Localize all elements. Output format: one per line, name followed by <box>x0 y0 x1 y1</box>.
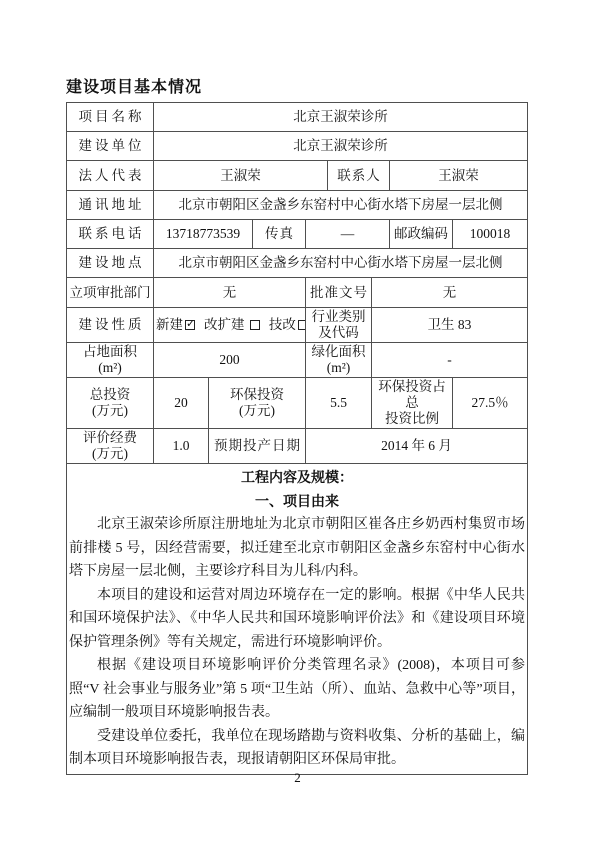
zip-label: 邮政编码 <box>390 220 453 249</box>
option-expand-label: 改扩建 <box>204 317 245 332</box>
checkmark-icon: ✓ <box>186 316 195 332</box>
phone-label: 联系电话 <box>67 220 154 249</box>
legal-rep-label: 法人代表 <box>67 161 154 191</box>
industry-label: 行业类别 及代码 <box>306 308 372 343</box>
row-project-content: 工程内容及规模： 一、项目由来 北京王淑荣诊所原注册地址为北京市朝阳区崔各庄乡奶… <box>67 464 528 775</box>
page-number: 2 <box>0 770 595 786</box>
row-evaluation: 评价经费 (万元) 1.0 预期投产日期 2014 年 6 月 <box>67 429 528 464</box>
section-title: 工程内容及规模： <box>69 466 525 490</box>
green-area-label: 绿化面积 (m²) <box>306 343 372 378</box>
env-investment-label: 环保投资 (万元) <box>209 378 306 429</box>
env-investment-value: 5.5 <box>306 378 372 429</box>
option-tech-label: 技改 <box>269 317 296 332</box>
row-investment: 总投资 (万元) 20 环保投资 (万元) 5.5 环保投资占总 投资比例 27… <box>67 378 528 429</box>
env-ratio-label: 环保投资占总 投资比例 <box>372 378 453 429</box>
doc-no-label: 批准文号 <box>306 278 372 308</box>
page-title: 建设项目基本情况 <box>66 74 202 97</box>
option-new-label: 新建 <box>156 317 183 332</box>
land-area-value: 200 <box>154 343 306 378</box>
row-nature: 建设性质 新建✓改扩建 技改 行业类别 及代码 卫生 83 <box>67 308 528 343</box>
nature-label: 建设性质 <box>67 308 154 343</box>
project-name-label: 项目名称 <box>67 103 154 132</box>
row-mail-address: 通讯地址 北京市朝阳区金盏乡东窑村中心街水塔下房屋一层北侧 <box>67 191 528 220</box>
mail-address-value: 北京市朝阳区金盏乡东窑村中心街水塔下房屋一层北侧 <box>154 191 528 220</box>
row-site: 建设地点 北京市朝阳区金盏乡东窑村中心街水塔下房屋一层北侧 <box>67 249 528 278</box>
fax-label: 传真 <box>253 220 306 249</box>
doc-no-value: 无 <box>372 278 528 308</box>
row-approval-dept: 立项审批部门 无 批准文号 无 <box>67 278 528 308</box>
paragraph-origin: 北京王淑荣诊所原注册地址为北京市朝阳区崔各庄乡奶西村集贸市场前排楼 5 号，因经… <box>69 513 525 584</box>
contact-person-label: 联系人 <box>328 161 390 191</box>
paragraph-commission: 受建设单位委托，我单位在现场踏勘与资料收集、分析的基础上，编制本项目环境影响报告… <box>69 725 525 772</box>
fax-value: — <box>306 220 390 249</box>
site-value: 北京市朝阳区金盏乡东窑村中心街水塔下房屋一层北侧 <box>154 249 528 278</box>
production-date-value: 2014 年 6 月 <box>306 429 528 464</box>
construction-unit-value: 北京王淑荣诊所 <box>154 132 528 161</box>
checkbox-expand-icon <box>250 320 260 330</box>
row-construction-unit: 建设单位 北京王淑荣诊所 <box>67 132 528 161</box>
total-investment-label: 总投资 (万元) <box>67 378 154 429</box>
row-legal-rep: 法人代表 王淑荣 联系人 王淑荣 <box>67 161 528 191</box>
row-project-name: 项目名称 北京王淑荣诊所 <box>67 103 528 132</box>
nature-options: 新建✓改扩建 技改 <box>154 308 306 343</box>
paragraph-impact: 本项目的建设和运营对周边环境存在一定的影响。根据《中华人民共和国环境保护法》、《… <box>69 584 525 655</box>
checkbox-tech-icon <box>298 320 306 330</box>
paragraph-category: 根据《建设项目环境影响评价分类管理名录》(2008)，本项目可参照“V 社会事业… <box>69 654 525 725</box>
approval-dept-value: 无 <box>154 278 306 308</box>
approval-dept-label: 立项审批部门 <box>67 278 154 308</box>
zip-value: 100018 <box>453 220 528 249</box>
construction-unit-label: 建设单位 <box>67 132 154 161</box>
project-content-cell: 工程内容及规模： 一、项目由来 北京王淑荣诊所原注册地址为北京市朝阳区崔各庄乡奶… <box>67 464 528 775</box>
site-label: 建设地点 <box>67 249 154 278</box>
industry-value: 卫生 83 <box>372 308 528 343</box>
legal-rep-value: 王淑荣 <box>154 161 328 191</box>
land-area-label: 占地面积 (m²) <box>67 343 154 378</box>
contact-person-value: 王淑荣 <box>390 161 528 191</box>
production-date-label: 预期投产日期 <box>209 429 306 464</box>
total-investment-value: 20 <box>154 378 209 429</box>
evaluation-fee-label: 评价经费 (万元) <box>67 429 154 464</box>
mail-address-label: 通讯地址 <box>67 191 154 220</box>
sub-heading: 一、项目由来 <box>69 490 525 514</box>
evaluation-fee-value: 1.0 <box>154 429 209 464</box>
phone-value: 13718773539 <box>154 220 253 249</box>
row-phone: 联系电话 13718773539 传真 — 邮政编码 100018 <box>67 220 528 249</box>
project-name-value: 北京王淑荣诊所 <box>154 103 528 132</box>
checkbox-new-checked-icon: ✓ <box>185 320 195 330</box>
green-area-value: - <box>372 343 528 378</box>
env-ratio-value: 27.5％ <box>453 378 528 429</box>
basic-info-table: 项目名称 北京王淑荣诊所 建设单位 北京王淑荣诊所 法人代表 王淑荣 联系人 王… <box>66 102 528 775</box>
row-land-area: 占地面积 (m²) 200 绿化面积 (m²) - <box>67 343 528 378</box>
document-page: 建设项目基本情况 项目名称 北京王淑荣诊所 建设单位 北京王淑荣诊所 法人代表 … <box>0 0 595 842</box>
